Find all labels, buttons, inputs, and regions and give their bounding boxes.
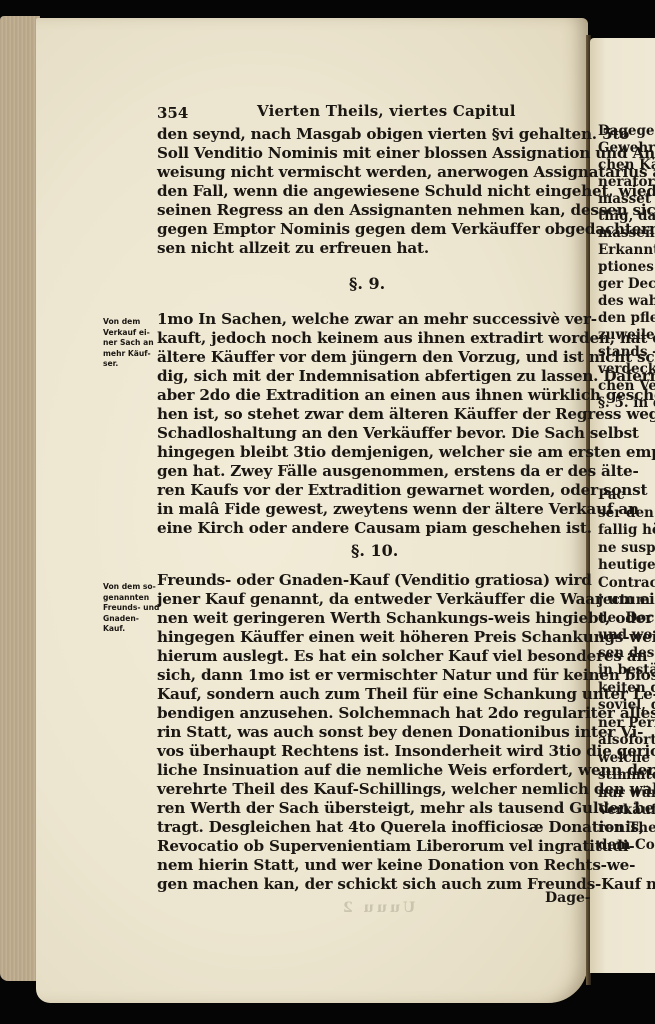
text-line: hierum auslegt. Es hat ein solcher Kauf … (157, 647, 647, 666)
text-line: Soll Venditio Nominis mit einer blossen … (157, 144, 655, 163)
text-line: masset w (598, 191, 655, 207)
text-line: §. 5. in d (598, 395, 655, 411)
text-line: Kauf, sondern auch zum Theil für eine Sc… (157, 685, 655, 704)
text-line: jectum ex (598, 592, 655, 608)
text-line: kauft, jedoch noch keinem aus ihnen extr… (157, 329, 655, 348)
text-line: Freunds- oder Gnaden-Kauf (Venditio grat… (157, 571, 592, 590)
text-line: vos überhaupt Rechtens ist. Insonderheit… (157, 742, 655, 761)
section-heading-9: §. 9. (349, 274, 385, 293)
text-line: nen weit geringeren Werth Schankungs-wei… (157, 609, 653, 628)
text-line: sen nicht allzeit zu erfreuen hat. (157, 239, 429, 258)
text-line: hingegen bleibt 3tio demjenigen, welcher… (157, 443, 655, 462)
running-head-title: Vierten Theils, viertes Capitul (257, 102, 516, 120)
text-line: Revocatio ob Supervenientiam Liberorum v… (157, 837, 634, 856)
text-line: nur würkt (598, 785, 655, 801)
text-line: heutigen (598, 557, 655, 573)
text-line: des wahr (598, 293, 655, 309)
text-line: Gewehr (598, 140, 655, 156)
text-line: verdecken (598, 361, 655, 377)
text-line: jener Kauf genannt, da entweder Verkäuff… (157, 590, 655, 609)
text-line: hingegen Käuffer einen weit höheren Prei… (157, 628, 655, 647)
text-line: verehrte Theil des Kauf-Schillings, welc… (157, 780, 655, 799)
text-line: Contract (598, 575, 655, 591)
text-line: weisung nicht vermischt werden, anerwoge… (157, 163, 655, 182)
text-line: ältere Käuffer vor dem jüngern den Vorzu… (157, 348, 655, 367)
text-line: ne suspen (598, 540, 655, 556)
text-line: Dagege (598, 123, 655, 139)
text-line: den Fall, wenn die angewiesene Schuld ni… (157, 182, 655, 201)
text-line: bendigen anzusehen. Solchemnach hat 2do … (157, 704, 655, 723)
text-line: zuweilen (598, 327, 655, 343)
margin-note-section-9: Von dem Verkauf ei- ner Sach an mehr Käu… (103, 317, 154, 370)
text-line: keiten dar (598, 680, 655, 696)
text-line: gen hat. Zwey Fälle ausgenommen, erstens… (157, 462, 639, 481)
text-line: sich, dann 1mo ist er vermischter Natur … (157, 666, 655, 685)
text-line: 1mo In Sachen, welche zwar an mehr succe… (157, 310, 597, 329)
text-line: de. Doc (598, 610, 654, 626)
text-line: den pfleg (598, 310, 655, 326)
running-head: 354 Vierten Theils, viertes Capitul (157, 102, 587, 124)
text-line: Erkanntl (598, 242, 655, 258)
text-line: ren Werth der Sach übersteigt, mehr als … (157, 799, 655, 818)
text-line: rin Statt, was auch sonst bey denen Dona… (157, 723, 643, 742)
text-line: gegen Emptor Nominis gegen dem Verkäuffe… (157, 220, 655, 239)
page-stack-edge (0, 16, 40, 981)
text-line: tragt. Desgleichen hat 4to Querela inoff… (157, 818, 644, 837)
text-line: Pac (598, 487, 625, 503)
text-line: ptiones (598, 259, 654, 275)
text-line: in malâ Fide gewest, zweytens wenn der ä… (157, 500, 639, 519)
text-line: liche Insinuation auf die nemliche Weis … (157, 761, 655, 780)
text-line: massen a (598, 225, 655, 241)
section-heading-10: §. 10. (351, 541, 398, 560)
text-line: chen Ver (598, 378, 655, 394)
text-line: Schadloshaltung an den Verkäuffer bevor.… (157, 424, 639, 443)
text-line: thig, da (598, 208, 655, 224)
text-line: stands - V (598, 344, 655, 360)
text-line: aber 2do die Extradition an einen aus ih… (157, 386, 655, 405)
text-line: fallig höh (598, 522, 655, 538)
catchword: Dage- (545, 890, 591, 906)
text-line: seinen Regress an den Assignanten nehmen… (157, 201, 655, 220)
show-through-signature: Uuuu 2 (340, 900, 415, 916)
text-line: Verkäuffe (598, 802, 655, 818)
text-line: ger Decl (598, 276, 655, 292)
text-line: eine Kirch oder andere Causam piam gesch… (157, 519, 592, 538)
text-line: sen des K (598, 645, 655, 661)
text-line: ren Theil, (598, 820, 655, 836)
text-line: stimmten (598, 767, 655, 783)
text-line: ner Perfe (598, 715, 655, 731)
page-number: 354 (157, 104, 188, 122)
text-line: welche ab (598, 750, 655, 766)
text-line: dig, sich mit der Indemnisation abfertig… (157, 367, 655, 386)
text-line: alsofort fr (598, 732, 655, 748)
text-line: den seynd, nach Masgab obigen vierten §v… (157, 125, 629, 144)
margin-note-section-10: Von dem so- genannten Freunds- und Gnade… (103, 582, 159, 635)
text-line: soviel, da (598, 697, 655, 713)
text-line: ser den w (598, 505, 655, 521)
text-line: neratori (598, 174, 655, 190)
text-line: ren Kaufs vor der Extradition gewarnet w… (157, 481, 647, 500)
text-line: in beständ (598, 662, 655, 678)
text-line: dem Con (598, 837, 655, 853)
text-line: chen Kä (598, 157, 655, 173)
text-line: nem hierin Statt, und wer keine Donation… (157, 856, 635, 875)
text-line: hen ist, so stehet zwar dem älteren Käuf… (157, 405, 655, 424)
text-line: und wo d (598, 627, 655, 643)
